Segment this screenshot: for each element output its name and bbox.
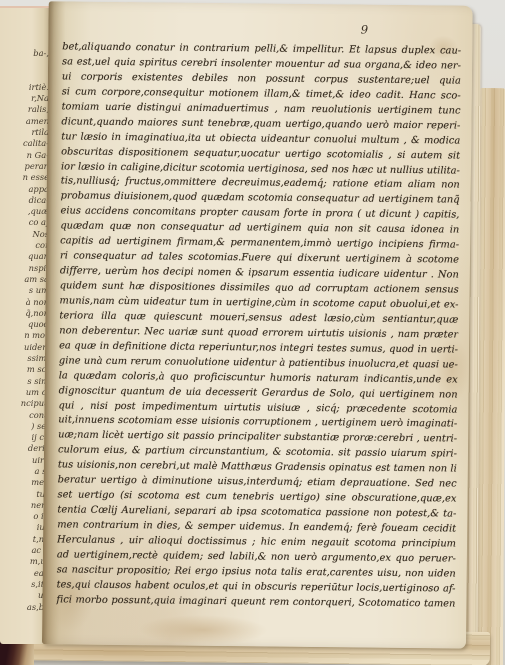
text-fragment: ba-, xyxy=(3,48,49,59)
page-number: 9 xyxy=(354,22,374,36)
text-fragment: am sa xyxy=(3,274,49,285)
text-fragment: Nos xyxy=(3,229,49,240)
text-fragment: q̃,non xyxy=(3,308,49,319)
text-fragment: uiro xyxy=(3,455,49,466)
text-fragment: o in xyxy=(3,511,49,522)
text-fragment xyxy=(3,71,49,82)
book-page: 9 bet,aliquando conatur in contrarium pe… xyxy=(42,1,473,648)
text-fragment: nspi- xyxy=(3,263,49,274)
text-fragment: nem xyxy=(3,500,49,511)
text-fragment: peran xyxy=(3,161,49,172)
text-fragment: co af xyxy=(3,217,49,228)
text-fragment: uider- xyxy=(3,342,49,353)
text-fragment: calita- xyxy=(3,138,49,149)
text-fragment: ralis, xyxy=(3,104,49,115)
text-fragment: quod xyxy=(3,319,49,330)
text-fragment: quan xyxy=(3,251,49,262)
page-text-block: bet,aliquando conatur in contrarium pell… xyxy=(56,40,461,612)
text-fragment: mea xyxy=(3,477,49,488)
text-fragment: deris xyxy=(3,443,49,454)
paper-stain xyxy=(138,614,268,645)
text-fragment: um ci xyxy=(3,387,49,398)
text-fragment: n mor xyxy=(3,330,49,341)
text-fragment: appa xyxy=(3,184,49,195)
text-fragment: ij co xyxy=(3,432,49,443)
facing-page-text-fragments: ba-,irtiè.r,Naralis,amenrtilacalita-n Ga… xyxy=(3,48,49,613)
text-fragment: m sci xyxy=(3,364,49,375)
text-fragment: à non xyxy=(3,297,49,308)
text-fragment: dica- xyxy=(3,195,49,206)
text-fragment: ,quæ xyxy=(3,206,49,217)
text-fragment: n Ga- xyxy=(3,150,49,161)
text-fragment: amen xyxy=(3,116,49,127)
text-fragment: s um xyxy=(3,285,49,296)
text-fragment: s sim xyxy=(3,376,49,387)
text-fragment: n esse xyxy=(3,172,49,183)
text-fragment: rtila xyxy=(3,127,49,138)
text-fragment: tur xyxy=(3,489,49,500)
text-fragment: ssim, xyxy=(3,353,49,364)
text-fragment: ius xyxy=(3,522,49,533)
text-line: fici morbo possunt,quia imaginari queunt… xyxy=(56,593,455,612)
text-fragment: ncipua xyxy=(3,398,49,409)
text-fragment: r,Na xyxy=(3,93,49,104)
text-fragment: a si xyxy=(3,466,49,477)
text-fragment xyxy=(3,59,49,70)
text-fragment: ) se- xyxy=(3,421,49,432)
text-fragment: cona xyxy=(3,410,49,421)
text-fragment: irtiè. xyxy=(3,82,49,93)
text-fragment: cor xyxy=(3,240,49,251)
